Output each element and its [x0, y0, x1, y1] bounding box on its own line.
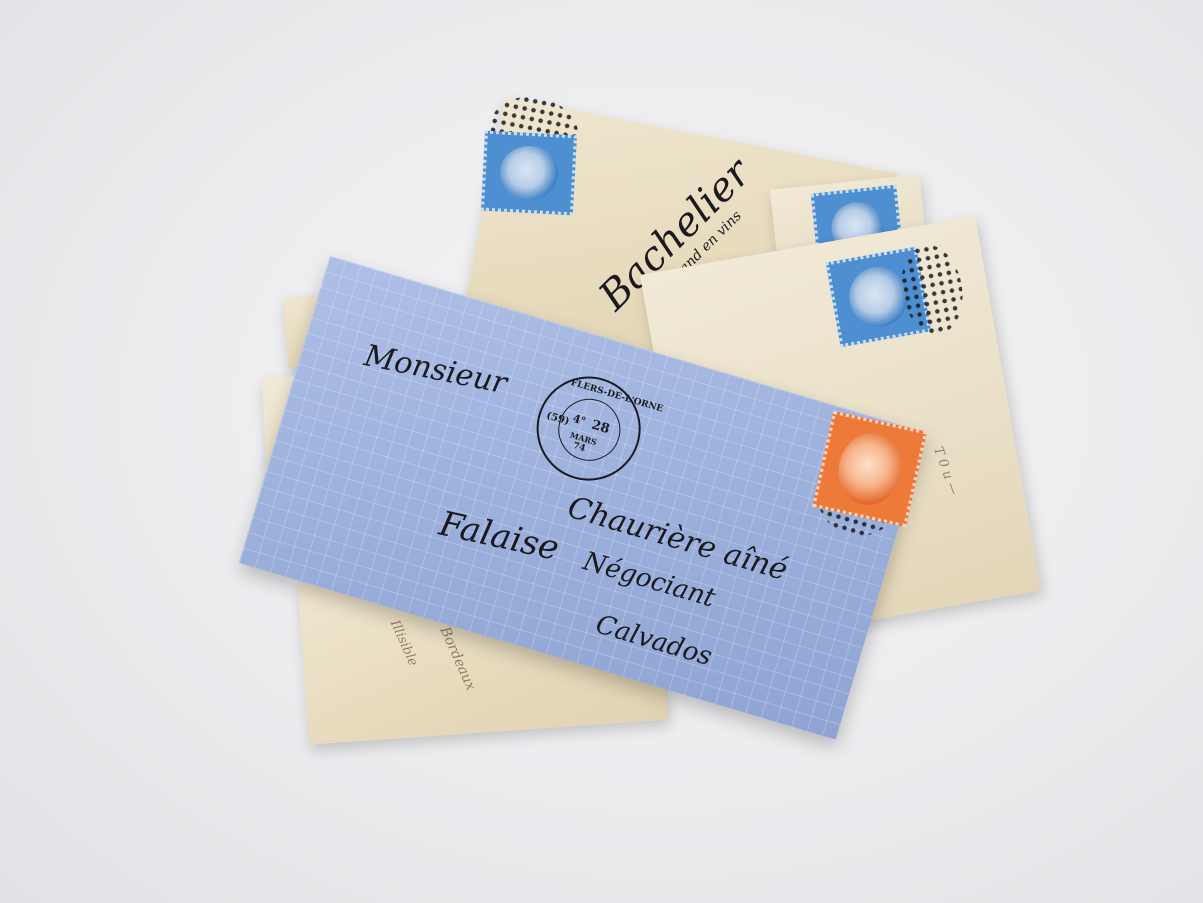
pencil-note-2: Bordeaux	[437, 624, 479, 693]
postmark-circle: FLERS-DE-L'ORNE (59) 28 4° MARS 74	[524, 364, 653, 493]
pencil-note-1: Illisible	[387, 618, 420, 669]
address-department: Calvados	[592, 609, 715, 672]
ceres-portrait-icon	[832, 427, 908, 511]
ceres-portrait-icon	[499, 144, 560, 201]
photo-scene: Bachelier marchand en vins de Bretagne T…	[0, 0, 1203, 903]
pencil-note: T 0 u —	[930, 445, 961, 498]
address-city: Falaise	[436, 504, 563, 569]
address-salutation: Monsieur	[361, 338, 510, 401]
blue-stamp	[481, 131, 577, 216]
